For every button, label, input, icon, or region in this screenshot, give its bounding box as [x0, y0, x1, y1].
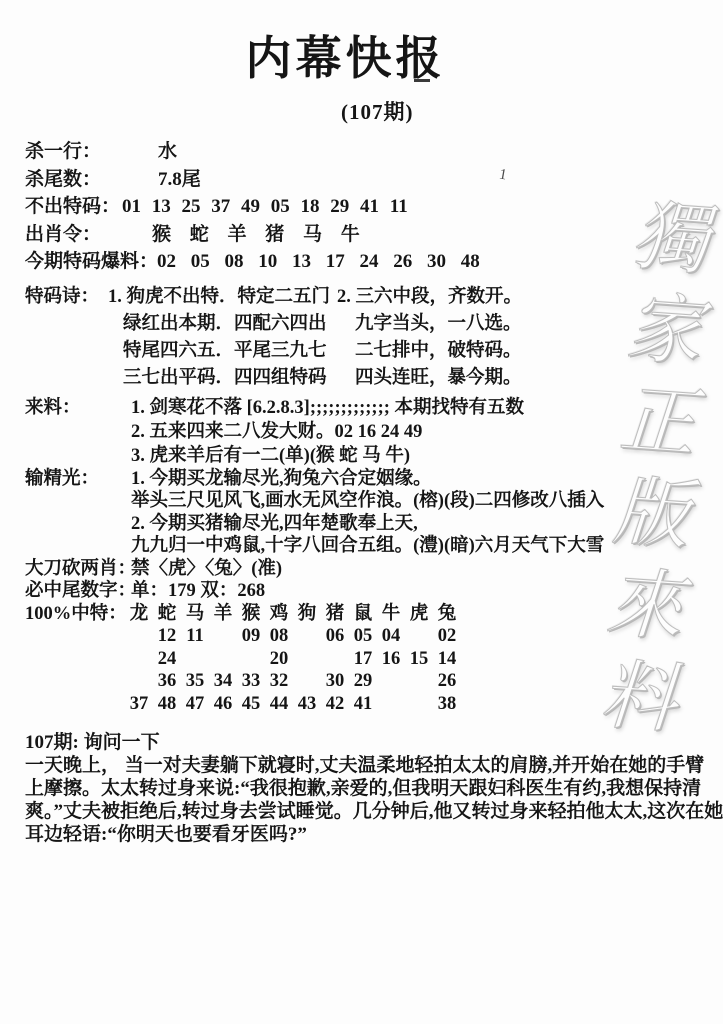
lose-all-line: 九九归一中鸡鼠,十字八回合五组。(澧)(暗)六月天气下大雪 — [131, 535, 604, 558]
number-cell: 04 — [377, 625, 405, 648]
joke-section: 107期: 询问一下 一天晚上， 当一对夫妻躺下就寝时,丈夫温柔地轻拍太太的肩膀… — [25, 731, 723, 846]
page-title: 内幕快报 — [0, 22, 723, 88]
zodiac-cell: 猪 — [321, 603, 349, 626]
number-cell — [125, 625, 153, 648]
poem-line: 特尾四六五．平尾三九七 — [123, 338, 337, 365]
hundred-percent-label: 100%中特： — [25, 603, 125, 626]
number-cell — [209, 648, 237, 671]
number-cell — [125, 648, 153, 671]
hundred-percent-table-block: 100%中特： 龙蛇马羊猴鸡狗猪鼠牛虎兔 1211090806050402 24… — [25, 603, 723, 716]
poem-line: 九字当头，一八选。 — [355, 311, 522, 338]
special-tip-label: 今期特码爆料： — [25, 248, 157, 276]
zodiac-header-row: 龙蛇马羊猴鸡狗猪鼠牛虎兔 — [125, 603, 461, 626]
number-cell — [321, 648, 349, 671]
number-cell: 45 — [237, 693, 265, 716]
number-cell: 34 — [209, 670, 237, 693]
joke-paragraph: 一天晚上， 当一对夫妻躺下就寝时,丈夫温柔地轻拍太太的肩膀,并开始在她的手臂上摩… — [25, 754, 723, 846]
joke-line: 耳边轻语:“你明天也要看牙医吗?” — [25, 823, 723, 846]
number-cell — [293, 670, 321, 693]
number-cell: 32 — [265, 670, 293, 693]
joke-line: 上摩擦。太太转过身来说:“我很抱歉,亲爱的,但我明天跟妇科医生有约,我想保持清 — [25, 777, 723, 800]
kill-tail-value: 7.8尾 — [158, 166, 201, 194]
number-row-4: 37484746454443424138 — [125, 693, 461, 716]
number-cell: 46 — [209, 693, 237, 716]
lose-all-lines: 1. 今期买龙输尽光,狗兔六合定姻缘。举头三尺见风飞,画水无风空作浪。(榕)(段… — [131, 468, 604, 558]
number-cell — [293, 648, 321, 671]
content: 杀一行： 水 杀尾数： 7.8尾 不出特码： 01 13 25 37 49 05… — [25, 138, 723, 846]
lose-all-block: 输精光： 1. 今期买龙输尽光,狗兔六合定姻缘。举头三尺见风飞,画水无风空作浪。… — [25, 468, 723, 558]
zodiac-order-value: 猴 蛇 羊 猪 马 牛 — [152, 221, 360, 249]
chop-two-zodiac-label: 大刀砍两肖： — [25, 558, 131, 581]
zodiac-order-line: 出肖令： 猴 蛇 羊 猪 马 牛 — [25, 221, 723, 249]
number-cell — [293, 625, 321, 648]
poem-line: 三七出平码．四四组特码 — [123, 365, 337, 392]
source-material-block: 来料： 1. 剑寒花不落 [6.2.8.3];;;;;;;;;;;;; 本期找特… — [25, 396, 723, 468]
zodiac-order-label: 出肖令： — [25, 221, 152, 249]
number-cell: 37 — [125, 693, 153, 716]
number-cell — [125, 670, 153, 693]
poem-label: 特码诗： — [25, 284, 108, 311]
poem-line: 二七排中，破特码。 — [355, 338, 522, 365]
poem-column-1: 1. 狗虎不出特．特定二五门绿红出本期．四配六四出特尾四六五．平尾三九七三七出平… — [108, 284, 337, 392]
zodiac-cell: 羊 — [209, 603, 237, 626]
number-cell: 15 — [405, 648, 433, 671]
poem-column-2: 2. 三六中段，齐数开。九字当头，一八选。二七排中，破特码。四头连旺，暴今期。 — [337, 284, 522, 392]
number-cell — [237, 648, 265, 671]
source-material-label: 来料： — [25, 396, 131, 420]
number-cell: 12 — [153, 625, 181, 648]
poem-line: 1. 狗虎不出特．特定二五门 — [108, 284, 337, 311]
lose-all-line: 举头三尺见风飞,画水无风空作浪。(榕)(段)二四修改八插入 — [131, 490, 604, 513]
number-cell: 11 — [181, 625, 209, 648]
number-cell: 38 — [433, 693, 461, 716]
joke-line: 爽。”丈夫被拒绝后,转过身去尝试睡觉。几分钟后,他又转过身来轻拍他太太,这次在她 — [25, 800, 723, 823]
number-cell: 42 — [321, 693, 349, 716]
number-row-3: 3635343332302926 — [125, 670, 461, 693]
number-cell: 16 — [377, 648, 405, 671]
special-tip-line: 今期特码爆料： 02 05 08 10 13 17 24 26 30 48 — [25, 248, 723, 276]
number-cell: 44 — [265, 693, 293, 716]
number-cell: 48 — [153, 693, 181, 716]
special-tip-value: 02 05 08 10 13 17 24 26 30 48 — [157, 248, 480, 276]
number-row-1: 1211090806050402 — [125, 625, 461, 648]
kill-tail-line: 杀尾数： 7.8尾 — [25, 166, 723, 194]
excluded-numbers-line: 不出特码： 01 13 25 37 49 05 18 29 41 11 — [25, 193, 723, 221]
number-cell — [405, 670, 433, 693]
number-cell — [405, 625, 433, 648]
number-cell — [377, 670, 405, 693]
number-cell: 17 — [349, 648, 377, 671]
number-cell: 09 — [237, 625, 265, 648]
special-code-poem: 特码诗： 1. 狗虎不出特．特定二五门绿红出本期．四配六四出特尾四六五．平尾三九… — [25, 284, 723, 392]
must-hit-tail-value: 单：179 双：268 — [131, 580, 265, 603]
chop-two-zodiac-line: 大刀砍两肖： 禁〈虎〉〈兔〉(准) — [25, 558, 723, 581]
source-material-lines: 1. 剑寒花不落 [6.2.8.3];;;;;;;;;;;;; 本期找特有五数2… — [131, 396, 524, 468]
number-cell: 33 — [237, 670, 265, 693]
number-cell: 02 — [433, 625, 461, 648]
lose-all-label: 输精光： — [25, 468, 131, 491]
poem-line: 绿红出本期．四配六四出 — [123, 311, 337, 338]
newsletter-page: 獨家正版來料 内幕快报 (107期) 1 杀一行： 水 杀尾数： 7.8尾 不出… — [0, 0, 723, 1024]
lose-all-line: 1. 今期买龙输尽光,狗兔六合定姻缘。 — [131, 468, 604, 491]
must-hit-tail-line: 必中尾数字： 单：179 双：268 — [25, 580, 723, 603]
number-cell — [405, 693, 433, 716]
chop-two-zodiac-value: 禁〈虎〉〈兔〉(准) — [131, 558, 282, 581]
number-cell: 26 — [433, 670, 461, 693]
number-cell: 14 — [433, 648, 461, 671]
number-row-2: 242017161514 — [125, 648, 461, 671]
number-cell: 06 — [321, 625, 349, 648]
zodiac-cell: 龙 — [125, 603, 153, 626]
zodiac-cell: 牛 — [377, 603, 405, 626]
zodiac-cell: 鸡 — [265, 603, 293, 626]
zodiac-cell: 兔 — [433, 603, 461, 626]
zodiac-cell: 猴 — [237, 603, 265, 626]
number-cell — [181, 648, 209, 671]
kill-row-value: 水 — [158, 138, 177, 166]
number-cell: 29 — [349, 670, 377, 693]
number-cell: 08 — [265, 625, 293, 648]
poem-line: 2. 三六中段，齐数开。 — [337, 284, 522, 311]
source-material-line: 3. 虎来羊后有一二(单)(猴 蛇 马 牛) — [131, 444, 524, 468]
issue-number: (107期) — [341, 96, 414, 126]
zodiac-cell: 鼠 — [349, 603, 377, 626]
poem-line: 四头连旺，暴今期。 — [355, 365, 522, 392]
joke-heading: 107期: 询问一下 — [25, 731, 723, 754]
zodiac-cell: 马 — [181, 603, 209, 626]
number-cell: 20 — [265, 648, 293, 671]
kill-row-label: 杀一行： — [25, 138, 158, 166]
kill-row-line: 杀一行： 水 — [25, 138, 723, 166]
lose-all-line: 2. 今期买猪输尽光,四年楚歌奉上天, — [131, 513, 604, 536]
excluded-numbers-value: 01 13 25 37 49 05 18 29 41 11 — [122, 193, 408, 221]
number-cell: 05 — [349, 625, 377, 648]
zodiac-cell: 虎 — [405, 603, 433, 626]
title-underline-mark — [414, 79, 430, 82]
number-cell: 43 — [293, 693, 321, 716]
zodiac-number-table: 龙蛇马羊猴鸡狗猪鼠牛虎兔 1211090806050402 2420171615… — [125, 603, 461, 716]
joke-line: 一天晚上， 当一对夫妻躺下就寝时,丈夫温柔地轻拍太太的肩膀,并开始在她的手臂 — [25, 754, 723, 777]
must-hit-tail-label: 必中尾数字： — [25, 580, 131, 603]
zodiac-cell: 蛇 — [153, 603, 181, 626]
excluded-numbers-label: 不出特码： — [25, 193, 122, 221]
zodiac-cell: 狗 — [293, 603, 321, 626]
number-cell — [377, 693, 405, 716]
number-cell — [209, 625, 237, 648]
number-cell: 30 — [321, 670, 349, 693]
number-cell: 41 — [349, 693, 377, 716]
kill-tail-label: 杀尾数： — [25, 166, 158, 194]
number-cell: 47 — [181, 693, 209, 716]
source-material-line: 1. 剑寒花不落 [6.2.8.3];;;;;;;;;;;;; 本期找特有五数 — [131, 396, 524, 420]
number-cell: 35 — [181, 670, 209, 693]
number-cell: 24 — [153, 648, 181, 671]
number-cell: 36 — [153, 670, 181, 693]
source-material-line: 2. 五来四来二八发大财。02 16 24 49 — [131, 420, 524, 444]
